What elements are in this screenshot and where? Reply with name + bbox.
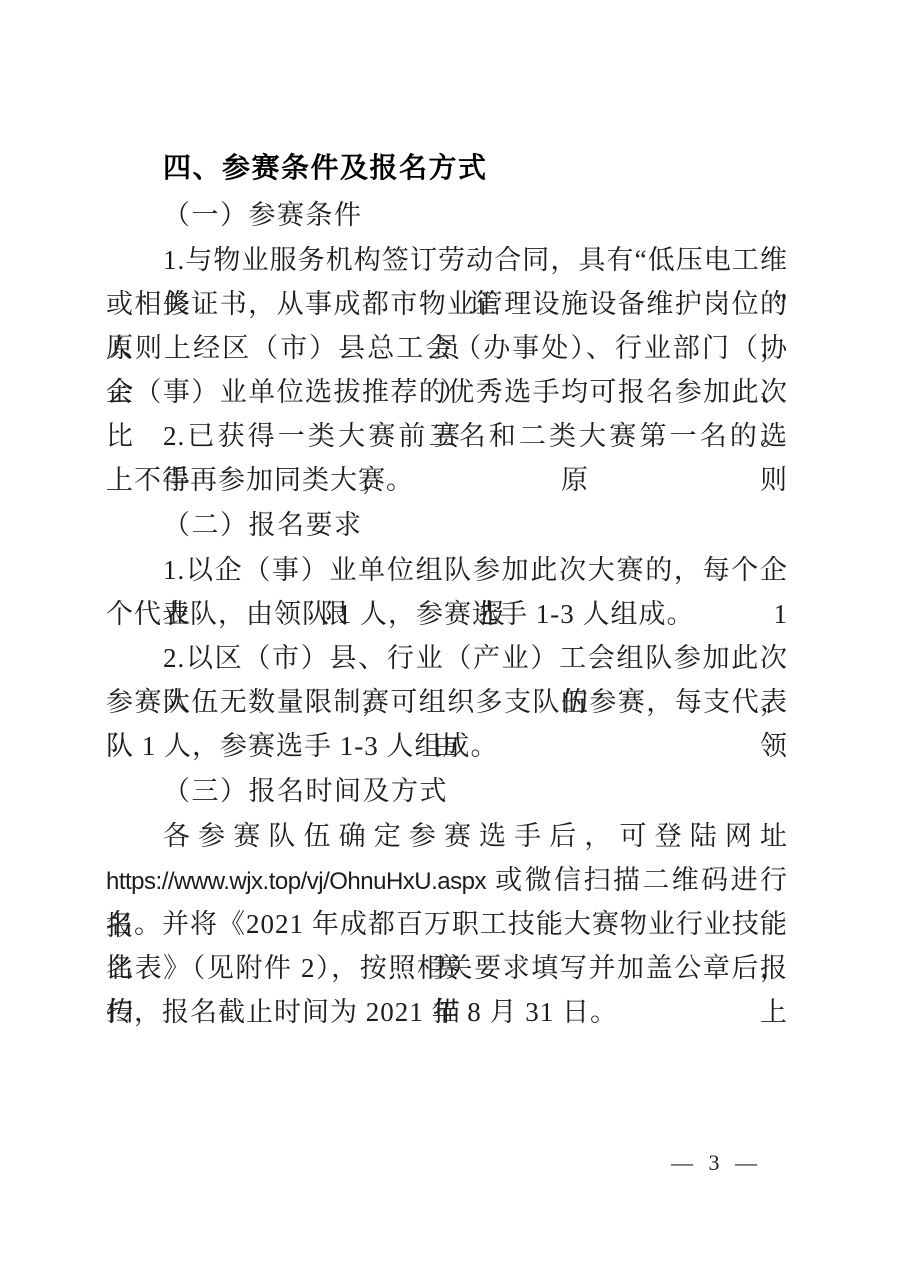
- paragraph-line: 1.以企（事）业单位组队参加此次大赛的，每个企业限报 1: [106, 548, 788, 592]
- paragraph-line: 名表》（见附件 2），按照相关要求填写并加盖公章后，扫描上: [106, 946, 788, 990]
- registration-url: https://www.wjx.top/vj/OhnuHxU.aspx: [106, 868, 486, 895]
- section-heading: 四、参赛条件及报名方式: [106, 144, 788, 192]
- document-page: 四、参赛条件及报名方式 （一）参赛条件 1.与物业服务机构签订劳动合同，具有“低…: [0, 0, 900, 1273]
- document-body: 四、参赛条件及报名方式 （一）参赛条件 1.与物业服务机构签订劳动合同，具有“低…: [106, 144, 788, 1034]
- paragraph-line: 名。并将《2021 年成都百万职工技能大赛物业行业技能比赛报: [106, 902, 788, 946]
- subsection-heading-3: （三）报名时间及方式: [106, 768, 788, 814]
- paragraph-line: 2.以区（市）县、行业（产业）工会组队参加此次大赛的，: [106, 636, 788, 680]
- paragraph-line: 参赛队伍无数量限制，可组织多支队伍参赛，每支代表队由领: [106, 680, 788, 724]
- paragraph-line: 企（事）业单位选拔推荐的优秀选手均可报名参加此次比赛。: [106, 370, 788, 414]
- paragraph-line: 2.已获得一类大赛前三名和二类大赛第一名的选手，原则: [106, 414, 788, 458]
- paragraph-line-url: https://www.wjx.top/vj/OhnuHxU.aspx 或微信扫…: [106, 858, 788, 902]
- paragraph-line: 或相关证书，从事成都市物业管理设施设备维护岗位的人员，: [106, 282, 788, 326]
- paragraph-line: 各参赛队伍确定参赛选手后，可登陆网址: [106, 814, 788, 858]
- paragraph-line: 个代表队，由领队 1 人，参赛选手 1-3 人组成。: [106, 592, 788, 636]
- subsection-heading-1: （一）参赛条件: [106, 192, 788, 238]
- paragraph-line: 原则上经区（市）县总工会（办事处）、行业部门（协会）、: [106, 326, 788, 370]
- paragraph-line: 1.与物业服务机构签订劳动合同，具有“低压电工维修证”: [106, 238, 788, 282]
- page-number: — 3 —: [671, 1150, 762, 1176]
- subsection-heading-2: （二）报名要求: [106, 502, 788, 548]
